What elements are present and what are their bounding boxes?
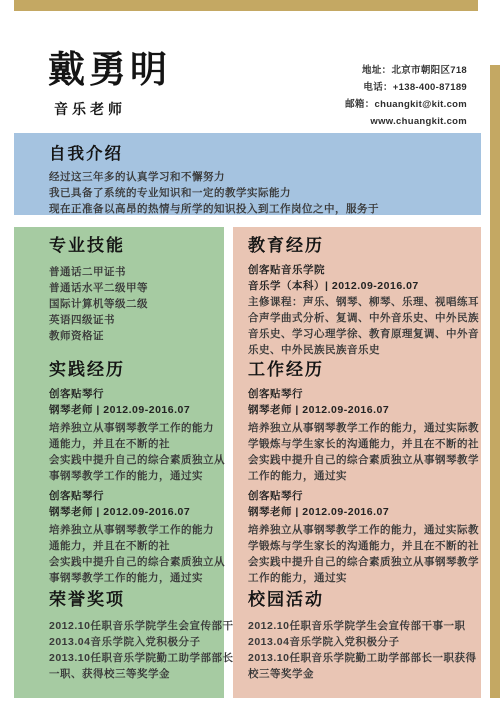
text-line: 英语四级证书 [49, 312, 214, 328]
text-line: 经过这三年多的认真学习和不懈努力 [49, 169, 461, 185]
skills-section: 专业技能 普通话二甲证书普通话水平二级甲等国际计算机等级二级英语四级证书教师资格… [49, 236, 214, 344]
text-line: 2012.10任职音乐学院学生会宣传部干事一职 [248, 618, 469, 634]
org-name: 创客贴琴行 [49, 488, 214, 504]
education-heading: 教育经历 [248, 236, 469, 256]
text-line: 事钢琴教学工作的能力，通过实 [49, 468, 214, 484]
text-line: 教师资格证 [49, 328, 214, 344]
text-line: 通能力，并且在不断的社 [49, 538, 214, 554]
text-line: 工作的能力，通过实 [248, 570, 469, 586]
text-line: 会实践中提升自己的综合素质独立从事钢琴教学 [248, 554, 469, 570]
text-line: 现在正准备以高昂的热情与所学的知识投入到工作岗位之中，服务于 [49, 201, 461, 217]
text-line: 我已具备了系统的专业知识和一定的教学实际能力 [49, 185, 461, 201]
work-entry: 创客贴琴行 钢琴老师 | 2012.09-2016.07 培养独立从事钢琴教学工… [248, 386, 469, 484]
top-accent-bar [14, 0, 478, 11]
text-line: 2013.04音乐学院入党积极分子 [49, 634, 214, 650]
entry-description: 培养独立从事钢琴教学工作的能力，通过实际教学锻炼与学生家长的沟通能力，并且在不断… [248, 420, 469, 484]
school-name: 创客贴音乐学院 [248, 262, 469, 278]
text-line: 2012.10任职音乐学院学生会宣传部干 [49, 618, 214, 634]
education-description: 主修课程：声乐、钢琴、柳琴、乐理、视唱练耳合声学曲式分析、复调、中外音乐史、中外… [248, 294, 469, 358]
role-line: 钢琴老师 | 2012.09-2016.07 [248, 504, 469, 520]
text-line: 合声学曲式分析、复调、中外音乐史、中外民族 [248, 310, 469, 326]
campus-list: 2012.10任职音乐学院学生会宣传部干事一职2013.04音乐学院入党积极分子… [248, 618, 469, 682]
text-line: 音乐史、学习心理学徐、教育原理复调、中外音 [248, 326, 469, 342]
text-line: 事钢琴教学工作的能力，通过实 [49, 570, 214, 586]
self-introduction-heading: 自我介绍 [49, 144, 461, 164]
job-title: 音乐老师 [54, 99, 126, 119]
right-column: 教育经历 创客贴音乐学院 音乐学（本科）| 2012.09-2016.07 主修… [233, 227, 481, 698]
entry-description: 培养独立从事钢琴教学工作的能力通能力，并且在不断的社会实践中提升自己的综合素质独… [49, 522, 214, 586]
text-line: 会实践中提升自己的综合素质独立从 [49, 554, 214, 570]
person-name: 戴勇明 [48, 50, 171, 90]
left-column: 专业技能 普通话二甲证书普通话水平二级甲等国际计算机等级二级英语四级证书教师资格… [14, 227, 224, 698]
skills-list: 普通话二甲证书普通话水平二级甲等国际计算机等级二级英语四级证书教师资格证 [49, 264, 214, 344]
text-line: 2013.04音乐学院入党积极分子 [248, 634, 469, 650]
text-line: 会实践中提升自己的综合素质独立从 [49, 452, 214, 468]
contact-website: www.chuangkit.com [345, 113, 467, 130]
work-entry: 创客贴琴行 钢琴老师 | 2012.09-2016.07 培养独立从事钢琴教学工… [248, 488, 469, 586]
role-line: 钢琴老师 | 2012.09-2016.07 [49, 402, 214, 418]
text-line: 培养独立从事钢琴教学工作的能力，通过实际教 [248, 522, 469, 538]
campus-heading: 校园活动 [248, 590, 469, 610]
practice-entry: 创客贴琴行 钢琴老师 | 2012.09-2016.07 培养独立从事钢琴教学工… [49, 488, 214, 586]
text-line: 普通话水平二级甲等 [49, 280, 214, 296]
text-line: 普通话二甲证书 [49, 264, 214, 280]
role-line: 钢琴老师 | 2012.09-2016.07 [49, 504, 214, 520]
entry-description: 培养独立从事钢琴教学工作的能力，通过实际教学锻炼与学生家长的沟通能力，并且在不断… [248, 522, 469, 586]
text-line: 会实践中提升自己的综合素质独立从事钢琴教学 [248, 452, 469, 468]
practice-heading: 实践经历 [49, 360, 214, 380]
text-line: 2013.10任职音乐学院勤工助学部部长 [49, 650, 214, 666]
skills-heading: 专业技能 [49, 236, 214, 256]
text-line: 国际计算机等级二级 [49, 296, 214, 312]
self-introduction-text: 经过这三年多的认真学习和不懈努力我已具备了系统的专业知识和一定的教学实际能力现在… [49, 169, 461, 217]
work-section: 工作经历 创客贴琴行 钢琴老师 | 2012.09-2016.07 培养独立从事… [248, 360, 469, 586]
text-line: 工作的能力，通过实 [248, 468, 469, 484]
honors-list: 2012.10任职音乐学院学生会宣传部干2013.04音乐学院入党积极分子201… [49, 618, 214, 682]
text-line: 培养独立从事钢琴教学工作的能力，通过实际教 [248, 420, 469, 436]
contact-address: 地址：北京市朝阳区718 [345, 62, 467, 79]
entry-description: 培养独立从事钢琴教学工作的能力通能力，并且在不断的社会实践中提升自己的综合素质独… [49, 420, 214, 484]
education-section: 教育经历 创客贴音乐学院 音乐学（本科）| 2012.09-2016.07 主修… [248, 236, 469, 358]
org-name: 创客贴琴行 [248, 386, 469, 402]
text-line: 通能力，并且在不断的社 [49, 436, 214, 452]
contact-email: 邮箱：chuangkit@kit.com [345, 96, 467, 113]
text-line: 培养独立从事钢琴教学工作的能力 [49, 522, 214, 538]
text-line: 主修课程：声乐、钢琴、柳琴、乐理、视唱练耳 [248, 294, 469, 310]
org-name: 创客贴琴行 [248, 488, 469, 504]
text-line: 校三等奖学金 [248, 666, 469, 682]
contact-phone: 电话：+138-400-87189 [345, 79, 467, 96]
degree-line: 音乐学（本科）| 2012.09-2016.07 [248, 278, 469, 294]
text-line: 学锻炼与学生家长的沟通能力，并且在不断的社 [248, 538, 469, 554]
practice-section: 实践经历 创客贴琴行 钢琴老师 | 2012.09-2016.07 培养独立从事… [49, 360, 214, 586]
text-line: 一职、获得校三等奖学金 [49, 666, 214, 682]
text-line: 乐史、中外民族民族音乐史 [248, 342, 469, 358]
org-name: 创客贴琴行 [49, 386, 214, 402]
self-introduction-section: 自我介绍 经过这三年多的认真学习和不懈努力我已具备了系统的专业知识和一定的教学实… [14, 133, 481, 215]
contact-block: 地址：北京市朝阳区718 电话：+138-400-87189 邮箱：chuang… [345, 62, 467, 130]
role-line: 钢琴老师 | 2012.09-2016.07 [248, 402, 469, 418]
honors-section: 荣誉奖项 2012.10任职音乐学院学生会宣传部干2013.04音乐学院入党积极… [49, 590, 214, 682]
text-line: 培养独立从事钢琴教学工作的能力 [49, 420, 214, 436]
campus-section: 校园活动 2012.10任职音乐学院学生会宣传部干事一职2013.04音乐学院入… [248, 590, 469, 682]
practice-entry: 创客贴琴行 钢琴老师 | 2012.09-2016.07 培养独立从事钢琴教学工… [49, 386, 214, 484]
education-entry: 创客贴音乐学院 音乐学（本科）| 2012.09-2016.07 主修课程：声乐… [248, 262, 469, 358]
work-heading: 工作经历 [248, 360, 469, 380]
honors-heading: 荣誉奖项 [49, 590, 214, 610]
right-accent-bar [490, 65, 500, 698]
text-line: 学锻炼与学生家长的沟通能力，并且在不断的社 [248, 436, 469, 452]
resume-page: 戴勇明 音乐老师 地址：北京市朝阳区718 电话：+138-400-87189 … [0, 0, 500, 707]
text-line: 2013.10任职音乐学院勤工助学部部长一职获得 [248, 650, 469, 666]
